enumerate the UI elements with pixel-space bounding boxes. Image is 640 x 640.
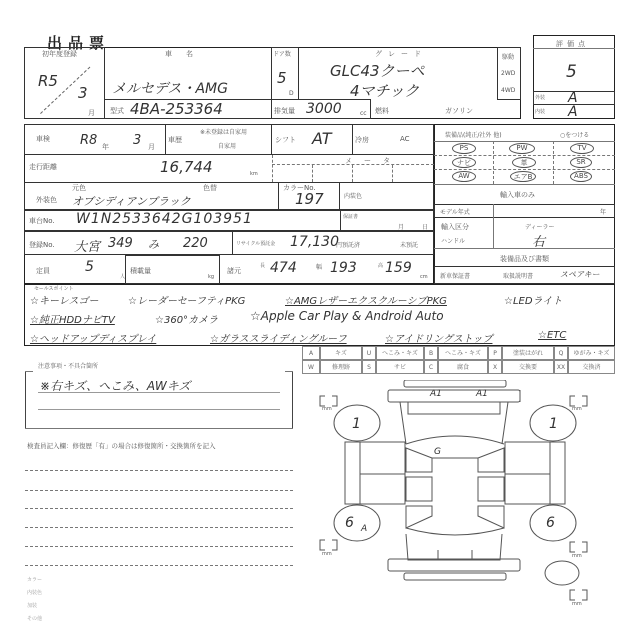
plate-region: 大宮 — [74, 236, 100, 255]
sales-point-1-1: ☆360°カメラ — [155, 311, 218, 326]
damage-front-left: A1 — [430, 389, 442, 399]
vin-value: W1N2533642G103951 — [76, 211, 253, 227]
sales-point-0-3: ☆LEDライト — [504, 292, 562, 307]
legend-desc-a: キズ — [320, 346, 362, 360]
legend-desc-p: 塗装はがれ — [502, 346, 554, 360]
inspector-label: 検査員記入欄：修復歴「有」の場合は修復箇所・交換箇所を記入 — [27, 441, 216, 450]
width-label: 幅 — [316, 262, 322, 271]
width-value: 193 — [330, 260, 357, 276]
vin-label: 車台No. — [29, 216, 55, 226]
height-value: 159 — [385, 260, 412, 276]
doors-unit: D — [289, 90, 294, 97]
sales-point-0-0: ☆キーレスゴー — [30, 292, 98, 307]
tread-unit-spare: mm — [572, 601, 582, 607]
slash-line — [35, 62, 95, 117]
eq-line-4 — [434, 184, 615, 185]
model-year-label: モデル年式 — [440, 207, 470, 216]
import-label: 輸入車のみ — [500, 190, 535, 200]
meter-div-1 — [272, 155, 273, 182]
legend-desc-q: ゆがみ・キズ — [568, 346, 615, 360]
warranty-day: 日 — [422, 222, 428, 231]
inspection-year: R8 — [80, 133, 97, 148]
car-diagram-icon — [300, 380, 640, 640]
tread-fr: 1 — [549, 416, 558, 432]
legend-code-xx: XX — [554, 360, 568, 374]
doors-value: 5 — [277, 69, 287, 87]
score-divider — [533, 48, 615, 49]
mileage-label: 走行距離 — [29, 162, 57, 172]
notes-label: 注意事項・不具合箇所 — [38, 361, 98, 370]
notes-bracket-top-l — [25, 371, 33, 372]
legend-desc-xx: 交換済 — [568, 360, 615, 374]
doc-sparekey: スペアキー — [560, 269, 600, 280]
equip-tv[interactable]: TV — [570, 143, 594, 154]
notes-line-1 — [38, 392, 280, 393]
tread-fl: 1 — [352, 416, 361, 432]
eq-line-2 — [434, 155, 615, 156]
plate-class: 349 — [108, 236, 133, 251]
inspection-year-unit: 年 — [102, 142, 109, 152]
sales-point-1-2: ☆Apple Car Play & Android Auto — [250, 309, 444, 323]
doors-label: ドア数 — [273, 49, 291, 58]
plate-label: 登録No. — [29, 240, 55, 250]
displacement-label: 排気量 — [274, 106, 295, 116]
warranty-month: 月 — [398, 222, 404, 231]
meter-div-2 — [312, 165, 313, 182]
inspector-line-5 — [25, 546, 293, 547]
orig-color-label: 元色 — [72, 183, 86, 193]
shift-label: シフト — [275, 135, 296, 145]
size-unit: cm — [420, 274, 428, 280]
tread-unit-fl: mm — [322, 406, 332, 412]
inspector-line-4 — [25, 527, 293, 528]
inspection-month: 3 — [133, 133, 141, 148]
sales-point-1-0: ☆純正HDDナビTV — [30, 311, 115, 326]
equipment-hint: ○をつける — [560, 130, 589, 139]
displacement-unit: cc — [360, 110, 367, 117]
handle-label: ハンドル — [441, 236, 465, 245]
equip-sr[interactable]: SR — [570, 157, 592, 168]
footer-label-0: カラー — [27, 576, 42, 583]
legend-desc-u: へこみ・キズ — [376, 346, 424, 360]
drive-opt-1: 2WD — [501, 70, 515, 77]
ac-value: AC — [400, 135, 410, 143]
model-value: 4BA-253364 — [130, 100, 223, 118]
equip-ps[interactable]: PS — [452, 143, 476, 154]
legend-code-a: A — [302, 346, 320, 360]
equipment-label: 装備品(純正/社外 他) — [445, 130, 502, 139]
score-exterior-label: 外装 — [535, 94, 545, 101]
score-interior-label: 内装 — [535, 108, 545, 115]
length-label: 長 — [260, 262, 265, 269]
doc-manual: 取扱説明書 — [503, 271, 533, 280]
capacity-value: 5 — [85, 259, 94, 275]
inspection-month-unit: 月 — [148, 142, 155, 152]
equip-pw[interactable]: PW — [509, 143, 535, 154]
shift-value: AT — [312, 129, 332, 148]
tread-unit-fr: mm — [572, 406, 582, 412]
ac-label: 冷房 — [355, 135, 369, 145]
warranty-label: 保証書 — [343, 213, 358, 220]
inspector-line-2 — [25, 490, 293, 491]
equip-aw[interactable]: AW — [452, 171, 476, 182]
legend-code-x: X — [488, 360, 502, 374]
color-label: 外装色 — [36, 195, 57, 205]
fuel-label: 燃料 — [375, 106, 389, 116]
usage-note: ※未登録は自家用 — [200, 127, 247, 136]
sales-point-0-2: ☆AMGレザーエクスクルーシブPKG — [285, 292, 447, 307]
tread-unit-rr: mm — [572, 553, 582, 559]
legend-desc-s: サビ — [376, 360, 424, 374]
eq-line-1 — [434, 141, 615, 142]
color-value: オブシディアンブラック — [72, 193, 191, 209]
usage-label: 車歴 — [168, 135, 182, 145]
equip-leather[interactable]: 革 — [512, 157, 536, 168]
meter-div-4 — [392, 165, 393, 182]
eq-line-3 — [434, 169, 615, 170]
footer-label-3: その他 — [27, 615, 42, 622]
legend-code-c: C — [424, 360, 438, 374]
color-change-label: 色替 — [203, 183, 217, 193]
inspector-line-3 — [25, 508, 293, 509]
eq-line-5 — [434, 248, 615, 249]
inspection-label: 車検 — [36, 134, 50, 144]
damage-roof: G — [434, 447, 441, 457]
interior-color-label: 内装色 — [344, 191, 362, 200]
first-reg-label: 初年度登録 — [42, 49, 77, 59]
eq-vline-1 — [493, 141, 494, 184]
usage-value: 自家用 — [218, 141, 236, 150]
recycle-amount: 17,130 — [290, 234, 339, 250]
car-name-label: 車名 — [165, 49, 207, 59]
sales-point-0-1: ☆レーダーセーフティPKG — [128, 292, 245, 307]
mileage-unit: km — [250, 171, 258, 177]
grade-line1: GLC43クーペ — [330, 60, 425, 81]
mileage-value: 16,744 — [160, 158, 213, 176]
legend-code-w: W — [302, 360, 320, 374]
footer-label-1: 内装色 — [27, 589, 42, 596]
sales-point-2-1: ☆ガラススライディングルーフ — [210, 330, 347, 345]
sales-point-2-0: ☆ヘッドアップディスプレイ — [30, 330, 156, 345]
displacement-value: 3000 — [306, 101, 342, 117]
tread-rl-mark: A — [361, 524, 367, 534]
grade-line2: 4マチック — [350, 80, 419, 101]
score-interior: A — [568, 104, 578, 120]
drive-opt-2: 4WD — [501, 87, 515, 94]
grade-label: グレード — [375, 49, 427, 59]
sales-point-2-3: ☆ETC — [538, 330, 566, 341]
equip-navi[interactable]: ナビ — [452, 157, 476, 168]
recycle-label: リサイクル預託金 — [236, 240, 275, 247]
legend-desc-w: 修理跡 — [320, 360, 362, 374]
model-year-unit: 年 — [600, 207, 606, 216]
legend-code-u: U — [362, 346, 376, 360]
legend-desc-b: へこみ・キズ — [438, 346, 488, 360]
equip-airbag[interactable]: エアB — [510, 171, 536, 182]
import-type-value: ディーラー — [525, 222, 555, 231]
damage-front-right: A1 — [476, 389, 488, 399]
legend-code-b: B — [424, 346, 438, 360]
score-overall: 5 — [566, 62, 577, 82]
notes-bracket-bot — [25, 428, 293, 429]
plate-number: 220 — [183, 236, 208, 251]
sales-points-label: セールスポイント — [34, 285, 74, 292]
model-label: 型式 — [110, 106, 124, 116]
size-label: 諸元 — [227, 266, 241, 276]
footer-label-2: 加装 — [27, 602, 37, 609]
legend-code-p: P — [488, 346, 502, 360]
drive-opt-0: 駆動 — [502, 52, 514, 61]
import-type-label: 輸入区分 — [441, 222, 469, 232]
height-label: 高 — [378, 262, 383, 269]
docs-label: 装備品及び書類 — [500, 254, 549, 264]
recycle-unpaid: 未預託 — [400, 240, 418, 249]
legend-code-q: Q — [554, 346, 568, 360]
color-no-value: 197 — [295, 190, 324, 208]
doc-warranty: 新車保証書 — [440, 271, 470, 280]
car-name: メルセデス・AMG — [112, 78, 228, 98]
meter-div-3 — [352, 165, 353, 182]
notes-line-2 — [38, 409, 280, 410]
load-label: 積載量 — [130, 266, 151, 276]
fuel-value: ガソリン — [445, 106, 473, 116]
legend-desc-x: 交換要 — [502, 360, 554, 374]
length-value: 474 — [270, 260, 297, 276]
capacity-label: 定員 — [36, 266, 50, 276]
legend-code-s: S — [362, 360, 376, 374]
inspector-line-6 — [25, 565, 293, 566]
tread-unit-rl: mm — [322, 551, 332, 557]
notes-bracket-top-r — [285, 371, 293, 372]
legend-desc-c: 腐食 — [438, 360, 488, 374]
equip-abs[interactable]: ABS — [570, 171, 592, 182]
eq-vline-3 — [493, 204, 494, 248]
inspector-line-1 — [25, 470, 293, 471]
meter-hdiv — [272, 164, 434, 165]
tread-rl: 6 — [345, 515, 354, 531]
recycle-unit: 円預託済 — [336, 240, 360, 249]
sales-point-2-2: ☆アイドリングストップ — [385, 330, 492, 345]
plate-kana: み — [148, 236, 159, 252]
load-unit: kg — [208, 274, 214, 280]
eq-vline-2 — [553, 141, 554, 184]
tread-rr: 6 — [546, 515, 555, 531]
